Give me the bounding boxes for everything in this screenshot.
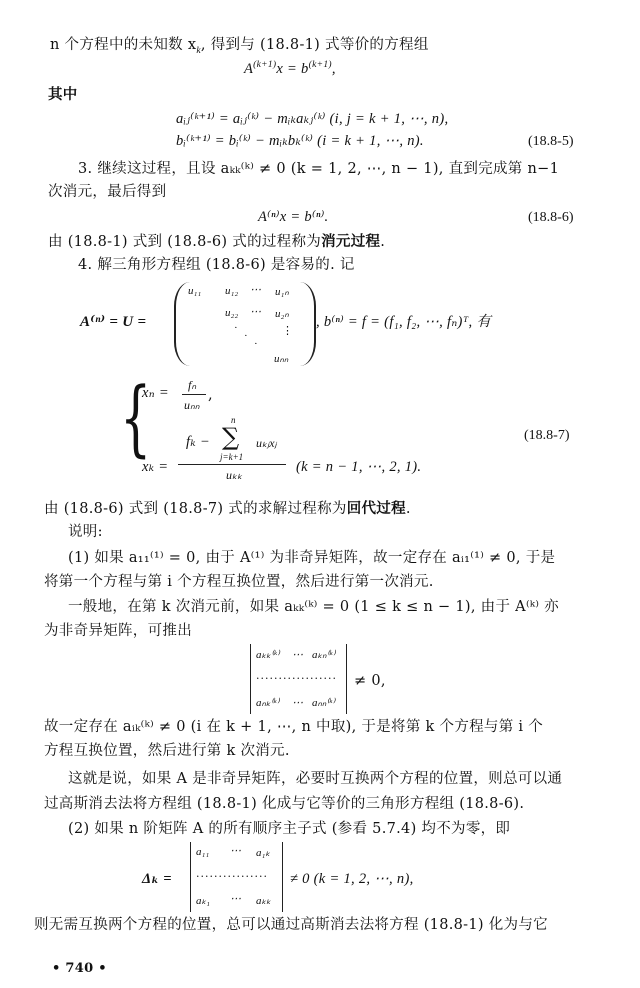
note-1-line-2: 将第一个方程与第 i 个方程互换位置，然后进行第一次消元.: [44, 573, 434, 591]
det2-a1k: a₁ₖ: [256, 846, 270, 859]
summation-icon: ∑: [222, 424, 239, 450]
symbol: A: [244, 61, 253, 77]
eq7-range: (k = n − 1, ⋯, 2, 1).: [296, 458, 421, 476]
eq7-denominator: uₖₖ: [226, 468, 242, 483]
equation-number-6: (18.8-6): [528, 210, 574, 226]
det1-dots: ⋯: [292, 696, 303, 709]
text: 由 (18.8-1) 式到 (18.8-6) 式的过程称为: [48, 234, 321, 250]
text: 由 (18.8-6) 式到 (18.8-7) 式的求解过程称为: [44, 501, 347, 517]
note-1-line-7: 这就是说，如果 A 是非奇异矩阵，必要时互换两个方程的位置，则总可以通: [68, 770, 562, 788]
punct: .: [380, 234, 385, 250]
text-line-1: n 个方程中的未知数 xk, 得到与 (18.8-1) 式等价的方程组: [50, 36, 429, 54]
paragraph-3-line-3: 由 (18.8-1) 式到 (18.8-6) 式的过程称为消元过程.: [48, 233, 385, 251]
fraction-line: [178, 464, 286, 465]
note-1-line-4: 为非奇异矩阵，可推出: [44, 622, 192, 640]
det2-ak1: aₖ₁: [196, 894, 210, 907]
matrix-dots: ⋯: [250, 305, 261, 318]
fraction-line: [182, 394, 206, 395]
eq7-sum-lower: j=k+1: [220, 452, 243, 462]
note-2-line-2: 则无需互换两个方程的位置，总可以通过高斯消去法将方程 (18.8-1) 化为与它: [34, 916, 548, 934]
matrix-u22: u₂₂: [225, 307, 238, 319]
term-back-substitution: 回代过程: [347, 500, 406, 517]
text: , 得到与 (18.8-1) 式等价的方程组: [201, 37, 429, 53]
det1-rhs: ≠ 0,: [354, 672, 386, 690]
symbol: x = b: [276, 61, 308, 77]
matrix-u-rhs: , b⁽ⁿ⁾ = f = (f₁, f₂, ⋯, fₙ)ᵀ, 有: [316, 313, 491, 331]
text: n 个方程中的未知数 x: [50, 37, 196, 53]
superscript: (k+1): [253, 60, 276, 70]
punct: ,: [332, 61, 336, 77]
equation-text: ᵢⱼ⁽ᵏ⁺¹⁾ = aᵢⱼ⁽ᵏ⁾ − mᵢₖaₖⱼ⁽ᵏ⁾ (i, j = k +…: [184, 111, 449, 127]
note-2-line-1: (2) 如果 n 阶矩阵 A 的所有顺序主子式 (参看 5.7.4) 均不为零，…: [68, 820, 510, 838]
paragraph-3-line-1: 3. 继续这过程，且设 aₖₖ⁽ᵏ⁾ ≠ 0 (k = 1, 2, ⋯, n −…: [78, 160, 559, 178]
note-1-line-3: 一般地，在第 k 次消元前，如果 aₖₖ⁽ᵏ⁾ = 0 (1 ≤ k ≤ n −…: [68, 598, 559, 616]
matrix-u11: u₁₁: [188, 285, 201, 297]
matrix-dots: ⋯: [250, 283, 261, 296]
punct: .: [406, 501, 411, 517]
note-1-line-6: 方程互换位置，然后进行第 k 次消元.: [44, 742, 290, 760]
matrix-u12: u₁₂: [225, 285, 238, 297]
eq7-fn: fₙ: [188, 378, 196, 393]
eq7-numerator-pre: fₖ −: [186, 433, 210, 451]
det2-a11: a₁₁: [196, 846, 209, 858]
matrix-vdots: ⋮: [282, 324, 293, 337]
superscript: (k+1): [309, 60, 332, 70]
det2-rhs: ≠ 0 (k = 1, 2, ⋯, n),: [290, 870, 414, 888]
eq7-xk: xₖ =: [142, 458, 168, 476]
determinant-right-bar: [282, 842, 283, 912]
det2-akk: aₖₖ: [256, 894, 271, 907]
symbol: a: [176, 111, 184, 127]
det1-dotted-row: ··················: [256, 672, 337, 685]
det2-lhs: Δₖ =: [142, 870, 172, 888]
determinant-left-bar: [250, 644, 251, 714]
equation-ak1: A(k+1)x = b(k+1),: [244, 60, 336, 78]
eq7-xn: xₙ =: [142, 384, 169, 402]
eq7-comma: ,: [208, 386, 213, 404]
paragraph-4-line-1: 4. 解三角形方程组 (18.8-6) 是容易的. 记: [78, 256, 355, 274]
determinant-left-bar: [190, 842, 191, 912]
label-shuoming: 说明:: [68, 523, 103, 541]
matrix-u-lhs: A⁽ⁿ⁾ = U =: [80, 313, 146, 331]
term-elimination: 消元过程: [321, 233, 380, 250]
equation-number-7: (18.8-7): [524, 428, 570, 444]
equation-5a: aᵢⱼ⁽ᵏ⁺¹⁾ = aᵢⱼ⁽ᵏ⁾ − mᵢₖaₖⱼ⁽ᵏ⁾ (i, j = k …: [176, 110, 448, 128]
det1-a-nk: aₙₖ⁽ᵏ⁾: [256, 696, 279, 709]
label-qizhong: 其中: [48, 86, 78, 104]
det2-dots: ⋯: [230, 844, 241, 857]
paragraph-5: 由 (18.8-6) 式到 (18.8-7) 式的求解过程称为回代过程.: [44, 500, 411, 518]
matrix-diag-dot: ·: [234, 322, 238, 334]
matrix-diag-dot: ·: [244, 330, 248, 342]
matrix-diag-dot: ·: [254, 338, 258, 350]
det1-a-nn: aₙₙ⁽ᵏ⁾: [312, 696, 335, 709]
matrix-unn: uₙₙ: [274, 352, 288, 365]
det2-dots: ⋯: [230, 892, 241, 905]
matrix-u1n: u₁ₙ: [275, 285, 289, 298]
equation-6: A⁽ⁿ⁾x = b⁽ⁿ⁾.: [258, 208, 328, 226]
equation-number-5: (18.8-5): [528, 134, 574, 150]
eq7-unn: uₙₙ: [184, 398, 200, 413]
note-1-line-8: 过高斯消去法将方程组 (18.8-1) 化成与它等价的三角形方程组 (18.8-…: [44, 795, 524, 813]
det1-a-kk: aₖₖ⁽ᵏ⁾: [256, 648, 279, 661]
note-1-line-5: 故一定存在 aᵢₖ⁽ᵏ⁾ ≠ 0 (i 在 k + 1, ⋯, n 中取), 于…: [44, 718, 543, 736]
equation-5b: bᵢ⁽ᵏ⁺¹⁾ = bᵢ⁽ᵏ⁾ − mᵢₖbₖ⁽ᵏ⁾ (i = k + 1, ⋯…: [176, 132, 424, 150]
determinant-right-bar: [346, 644, 347, 714]
matrix-right-paren: [300, 282, 316, 366]
det1-dots: ⋯: [292, 648, 303, 661]
note-1-line-1: (1) 如果 a₁₁⁽¹⁾ = 0, 由于 A⁽¹⁾ 为非奇异矩阵，故一定存在 …: [68, 549, 555, 567]
eq7-numerator-post: uₖⱼxⱼ: [256, 436, 277, 451]
page-number: • 740 •: [52, 960, 107, 978]
det2-dotted-row: ················: [196, 870, 268, 883]
paragraph-3-line-2: 次消元，最后得到: [48, 183, 166, 201]
matrix-u2n: u₂ₙ: [275, 307, 289, 320]
det1-a-kn: aₖₙ⁽ᵏ⁾: [312, 648, 335, 661]
